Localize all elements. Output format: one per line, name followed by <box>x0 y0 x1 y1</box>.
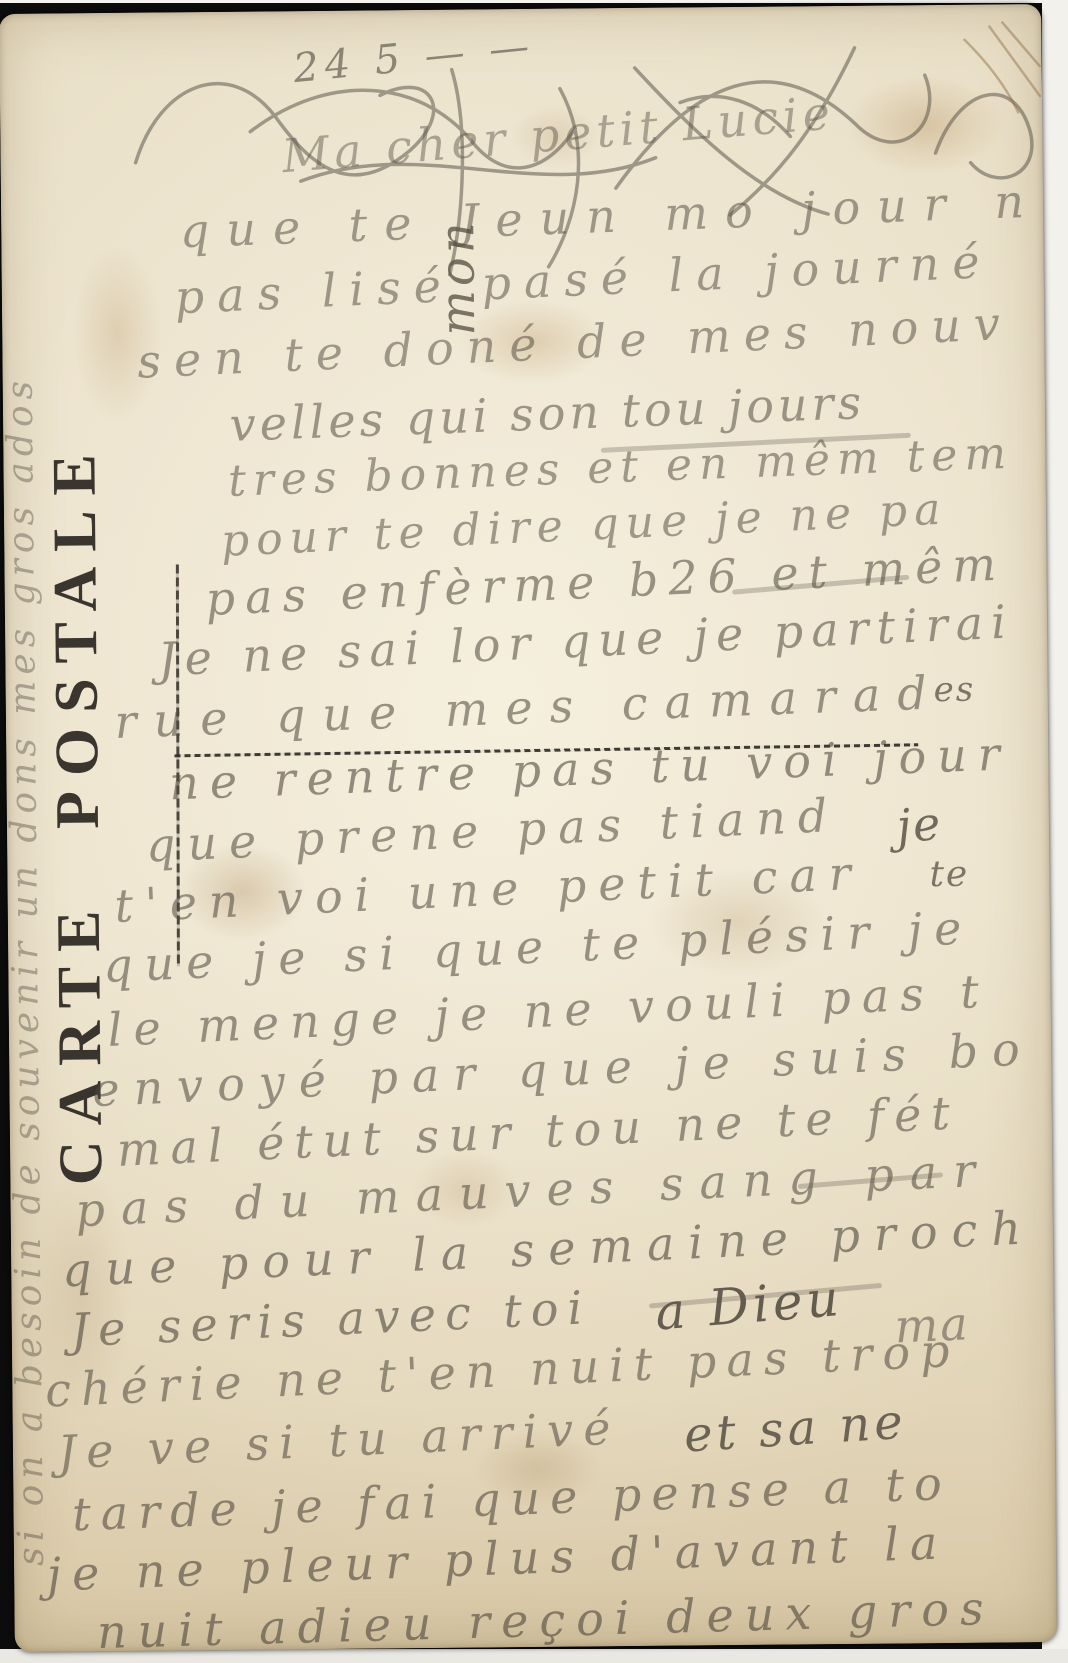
handwriting-superscript-te: te <box>929 857 969 893</box>
postcard-back: CARTE POSTALE 24 5 — —monMa cher petit L… <box>0 4 1057 1652</box>
handwriting-layer: 24 5 — —monMa cher petit Lucieque te Jeu… <box>0 4 1041 14</box>
handwriting-emph-je: je <box>895 800 944 849</box>
scanner-bed-strip-bottom <box>0 1649 1068 1663</box>
corner-crease <box>964 22 1040 113</box>
handwriting-date-note: 24 5 — — <box>292 26 537 89</box>
handwriting-superscript-es: es <box>934 673 976 707</box>
scanner-bed-strip-top <box>0 0 1068 3</box>
handwriting-salutation: Ma cher petit Lucie <box>280 89 836 179</box>
handwriting-line-21: Je ve si tu arrivé <box>57 1404 622 1475</box>
scanned-postcard-scene: CARTE POSTALE 24 5 — —monMa cher petit L… <box>0 0 1068 1663</box>
paper-stain <box>845 74 1006 176</box>
handwriting-emph-adieu: a Dieu <box>653 1273 844 1338</box>
carte-postale-stamp: CARTE POSTALE <box>38 339 132 1186</box>
handwriting-emph-et-sa: et sa ne <box>683 1398 908 1460</box>
